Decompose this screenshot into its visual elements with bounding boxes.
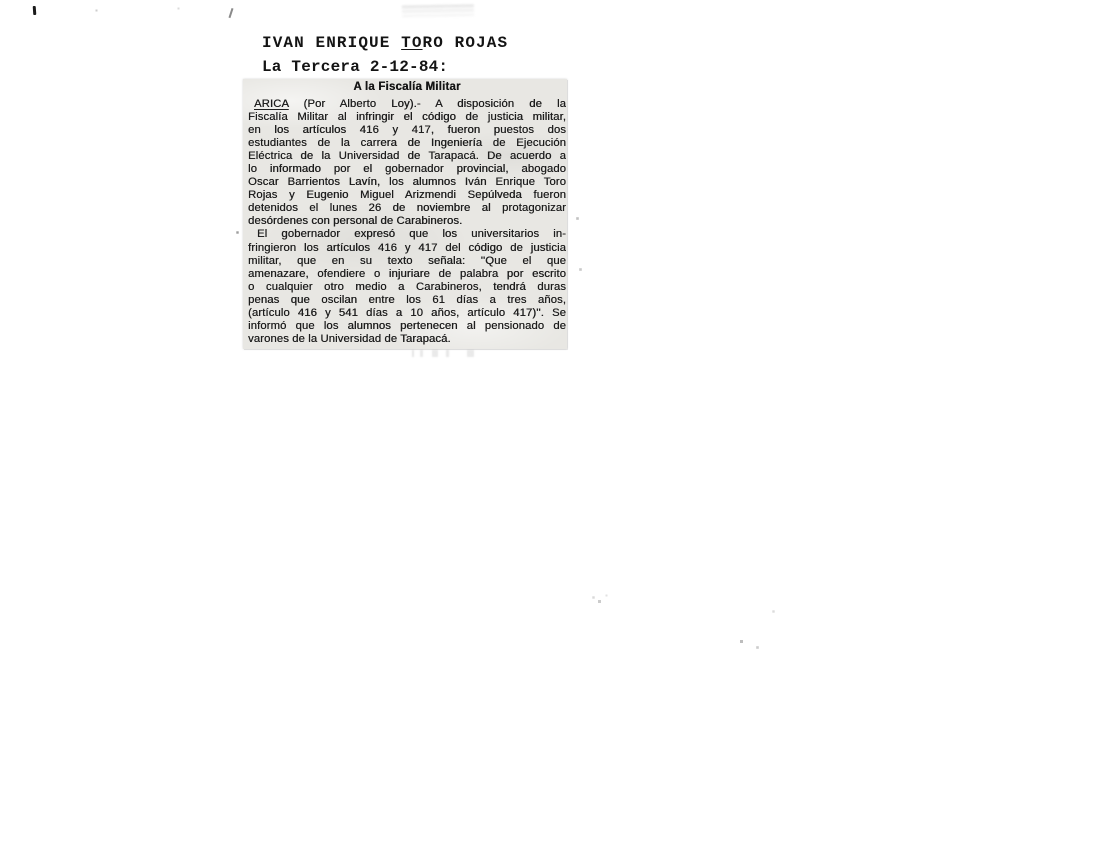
article-line: El gobernador expresó que los universita… (248, 228, 566, 241)
article-line: (artículo 416 y 541 días a 10 años, artí… (248, 307, 566, 320)
typed-name-underlined: TO (401, 34, 422, 52)
clipping-body: ARICA (Por Alberto Loy).- A disposición … (248, 98, 566, 346)
article-line: lo informado por el gobernador provincia… (248, 163, 566, 176)
article-line: ARICA (Por Alberto Loy).- A disposición … (248, 98, 566, 111)
article-line: Fiscalía Militar al infringir el código … (248, 111, 566, 124)
typed-name-pre: IVAN ENRIQUE (262, 34, 401, 52)
article-line: en los artículos 416 y 417, fueron puest… (248, 124, 566, 137)
newspaper-clipping: A la Fiscalía Militar ARICA (Por Alberto… (243, 79, 567, 349)
scan-smudge (402, 4, 474, 20)
article-line: Eléctrica de la Universidad de Tarapacá.… (248, 150, 566, 163)
scan-smudge (412, 350, 504, 357)
pen-stroke-mark (228, 8, 233, 18)
article-line: detenidos el lunes 26 de noviembre al pr… (248, 202, 566, 215)
article-line: informó que los alumnos pertenecen al pe… (248, 320, 566, 333)
typed-name-line: IVAN ENRIQUE TORO ROJAS (262, 34, 508, 52)
article-line: desórdenes con personal de Carabineros. (248, 215, 566, 228)
article-line: penas que oscilan entre los 61 días a tr… (248, 294, 566, 307)
ink-mark (33, 6, 37, 15)
clipping-headline: A la Fiscalía Militar (248, 81, 566, 93)
article-line: o cualquier otro medio a Carabineros, te… (248, 281, 566, 294)
article-line: militar, que en su texto señala: ''Que e… (248, 255, 566, 268)
article-line: amenazare, ofendiere o injuriare de pala… (248, 268, 566, 281)
dateline-word: ARICA (254, 98, 288, 110)
article-line: varones de la Universidad de Tarapacá. (248, 333, 566, 346)
typed-name-post: RO ROJAS (423, 34, 509, 52)
typed-source-date-line: La Tercera 2-12-84: (262, 58, 448, 76)
article-line: fringieron los artículos 416 y 417 del c… (248, 242, 566, 255)
scanned-document-page: IVAN ENRIQUE TORO ROJAS La Tercera 2-12-… (0, 0, 1100, 850)
article-line: estudiantes de la carrera de Ingeniería … (248, 137, 566, 150)
article-line: Rojas y Eugenio Miguel Arizmendi Sepúlve… (248, 189, 566, 202)
dust-specks (0, 0, 1, 1)
article-line-text: (Por Alberto Loy).- A disposición de la (288, 98, 566, 110)
article-line: Oscar Barrientos Lavín, los alumnos Iván… (248, 176, 566, 189)
